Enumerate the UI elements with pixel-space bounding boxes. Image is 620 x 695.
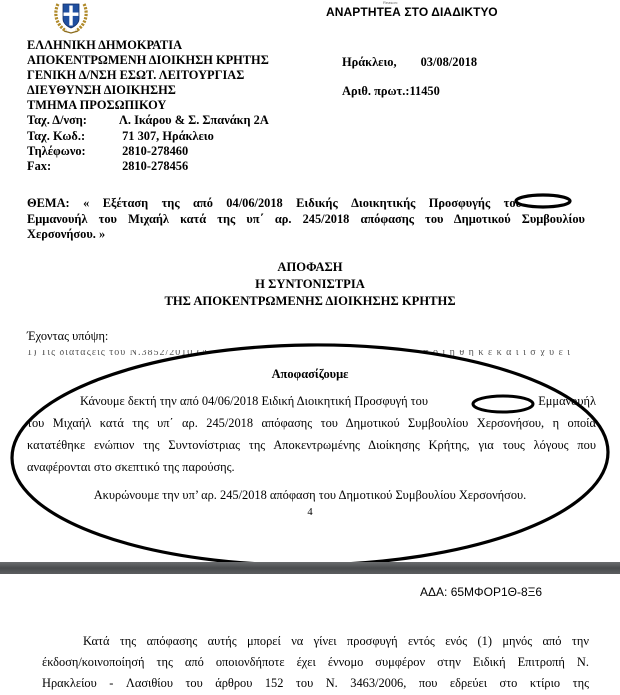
decision-paragraph-cont: του Μιχαήλ κατά της υπ΄ αρ. 245/2018 από… [27, 412, 596, 478]
date: 03/08/2018 [421, 55, 477, 69]
protocol-label: Αριθ. πρωτ.: [342, 84, 410, 98]
contact-postcode: Ταχ. Κωδ.: 71 307, Ηράκλειο [27, 129, 269, 144]
decision-heading: Αποφασίζουμε [0, 367, 620, 382]
contact-value: 2810-278460 [119, 144, 188, 159]
protocol-number: 11450 [410, 84, 440, 98]
page-number: 4 [0, 507, 620, 518]
title-line: ΑΠΟΦΑΣΗ [0, 259, 620, 276]
publish-online-notice: ΑΝΑΡΤΗΤΕΑ ΣΤΟ ΔΙΑΔΙΚΤΥΟ [326, 5, 498, 19]
subject-line-3: Χερσονήσου. » [27, 227, 585, 243]
subject-line-1: ΘΕΜΑ: « Εξέταση της από 04/06/2018 Ειδικ… [27, 196, 585, 212]
contact-label: Ταχ. Δ/νση: [27, 113, 119, 128]
title-line: ΤΗΣ ΑΠΟΚΕΝΤΡΩΜΕΝΗΣ ΔΙΟΙΚΗΣΗΣ ΚΡΗΤΗΣ [0, 293, 620, 310]
document-meta: Ηράκλειο,03/08/2018 Αριθ. πρωτ.:11450 [342, 55, 477, 99]
org-line: ΑΠΟΚΕΝΤΡΩΜΕΝΗ ΔΙΟΙΚΗΣΗ ΚΡΗΤΗΣ [27, 53, 269, 68]
contact-address: Ταχ. Δ/νση: Λ. Ικάρου & Σ. Σπανάκη 2Α [27, 113, 269, 128]
document-page-1: Reason: ΑΝΑΡΤΗΤΕΑ ΣΤΟ ΔΙΑΔΙΚΤΥΟ ΕΛΛΗΝΙΚΗ… [0, 0, 620, 562]
decision-line: του Μιχαήλ κατά της υπ΄ αρ. 245/2018 από… [27, 412, 596, 434]
page-separator [0, 562, 620, 574]
contact-label: Fax: [27, 159, 119, 174]
protocol-number-line: Αριθ. πρωτ.:11450 [342, 84, 477, 99]
contact-label: Τηλέφωνο: [27, 144, 119, 159]
contact-label: Ταχ. Κωδ.: [27, 129, 119, 144]
decision-line: κατατέθηκε ενώπιον της Συντονίστριας της… [27, 434, 596, 456]
org-line: ΤΜΗΜΑ ΠΡΟΣΩΠΙΚΟΥ [27, 98, 269, 113]
appeal-line: Ηρακλείου - Λασιθίου του άρθρου 152 του … [42, 673, 589, 694]
subject-block: ΘΕΜΑ: « Εξέταση της από 04/06/2018 Ειδικ… [27, 196, 585, 243]
appeal-line: Κατά της απόφασης αυτής μπορεί να γίνει … [83, 631, 589, 652]
considering-label: Έχοντας υπόψη: [27, 329, 108, 344]
contact-value: 2810-278456 [119, 159, 188, 174]
annulment-statement: Ακυρώνουμε την υπ’ αρ. 245/2018 απόφαση … [0, 488, 620, 503]
place-date: Ηράκλειο,03/08/2018 [342, 55, 477, 70]
appeal-paragraph: Κατά της απόφασης αυτής μπορεί να γίνει … [83, 631, 589, 652]
subject-line-2: Εμμανουήλ του Μιχαήλ κατά της υπ΄ αρ. 24… [27, 212, 585, 228]
ada-identifier: ΑΔΑ: 65ΜΦΟΡ1Θ-8Ξ6 [420, 585, 542, 599]
title-line: Η ΣΥΝΤΟΝΙΣΤΡΙΑ [0, 276, 620, 293]
decision-paragraph: Κάνουμε δεκτή την από 04/06/2018 Ειδική … [80, 390, 596, 412]
contact-phone: Τηλέφωνο: 2810-278460 [27, 144, 269, 159]
place: Ηράκλειο, [342, 55, 397, 69]
org-line: ΔΙΕΥΘΥΝΣΗ ΔΙΟΙΚΗΣΗΣ [27, 83, 269, 98]
decision-line: Κάνουμε δεκτή την από 04/06/2018 Ειδική … [80, 390, 596, 412]
contact-fax: Fax: 2810-278456 [27, 159, 269, 174]
greek-emblem-icon [52, 0, 90, 34]
decision-title: ΑΠΟΦΑΣΗ Η ΣΥΝΤΟΝΙΣΤΡΙΑ ΤΗΣ ΑΠΟΚΕΝΤΡΩΜΕΝΗ… [0, 259, 620, 310]
appeal-line: έκδοση/κοινοποίησή της από οποιονδήποτε … [42, 652, 589, 673]
org-line: ΕΛΛΗΝΙΚΗ ΔΗΜΟΚΡΑΤΙΑ [27, 38, 269, 53]
org-line: ΓΕΝΙΚΗ Δ/ΝΣΗ ΕΣΩΤ. ΛΕΙΤΟΥΡΓΙΑΣ [27, 68, 269, 83]
issuer-header: ΕΛΛΗΝΙΚΗ ΔΗΜΟΚΡΑΤΙΑ ΑΠΟΚΕΝΤΡΩΜΕΝΗ ΔΙΟΙΚΗ… [27, 38, 269, 174]
redacted-name [457, 390, 509, 412]
contact-value: 71 307, Ηράκλειο [119, 129, 214, 144]
obscured-text-line: 1) Τις διατάξεις του Ν.3852/2010 (Α΄ ΦΕΚ… [27, 350, 587, 356]
contact-value: Λ. Ικάρου & Σ. Σπανάκη 2Α [119, 113, 269, 128]
decision-line: αναφέρονται στο σκεπτικό της παρούσης. [27, 456, 596, 478]
appeal-paragraph-cont: έκδοση/κοινοποίησή της από οποιονδήποτε … [42, 652, 589, 694]
